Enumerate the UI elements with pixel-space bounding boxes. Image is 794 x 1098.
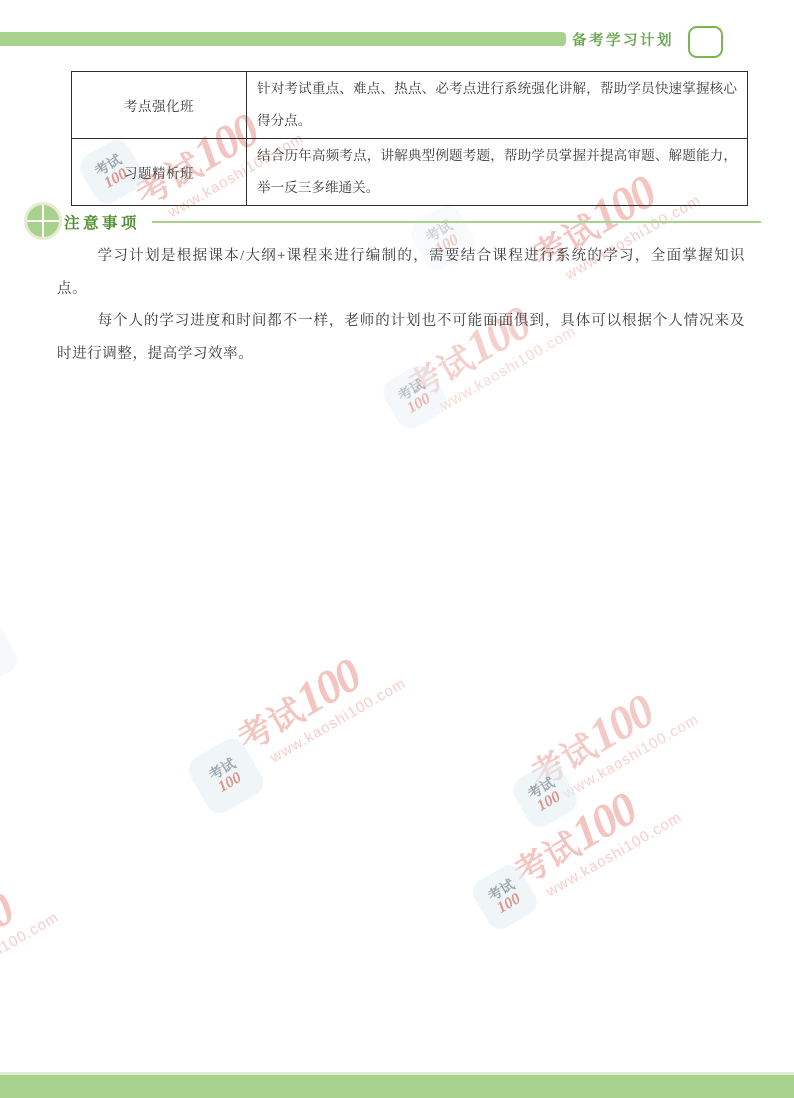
section-heading: 注意事项 — [64, 211, 140, 233]
watermark-logo: 考试100 — [508, 758, 582, 832]
watermark-logo-num: 100 — [534, 789, 563, 815]
watermark-logo-cn: 考试 — [485, 877, 516, 903]
watermark-logo-cn: 考试 — [395, 377, 426, 403]
watermark-brand-num: 100 — [287, 649, 369, 726]
watermark-brand-num: 100 — [0, 883, 22, 960]
table-row: 考点强化班 针对考试重点、难点、热点、必考点进行系统强化讲解，帮助学员快速掌握核… — [72, 72, 748, 139]
section-bullet-icon — [24, 202, 62, 240]
watermark-url-text: www.kaoshi100.com — [544, 808, 687, 899]
watermark-cluster: 考试100 www.kaoshi100.com — [504, 766, 688, 909]
watermark-logo: 考试100 — [468, 860, 542, 934]
watermark-cluster: 考试100 www.kaoshi100.com — [0, 866, 64, 1009]
watermark-logo-num: 100 — [0, 649, 3, 675]
watermark-url-text: www.kaoshi100.com — [0, 908, 64, 999]
watermark-brand-num: 100 — [563, 783, 645, 860]
watermark-logo: 考试100 — [184, 734, 269, 819]
page-number-badge — [688, 26, 723, 58]
section-divider-line — [152, 221, 761, 223]
course-name-cell: 习题精析班 — [72, 139, 247, 206]
course-description-cell: 结合历年高频考点，讲解典型例题考题，帮助学员掌握并提高审题、解题能力，举一反三多… — [247, 139, 748, 206]
watermark-brand-cn: 考试 — [232, 691, 312, 759]
watermark-cluster: 考试100 www.kaoshi100.com — [228, 632, 412, 775]
watermark-url-text: www.kaoshi100.com — [268, 674, 411, 765]
header-bar — [0, 32, 566, 46]
watermark-brand-text: 考试100 — [521, 668, 696, 796]
watermark-brand-text: 考试100 — [0, 866, 56, 994]
course-table: 考点强化班 针对考试重点、难点、热点、必考点进行系统强化讲解，帮助学员快速掌握核… — [71, 71, 748, 206]
watermark-logo-num: 100 — [404, 391, 433, 417]
watermark-logo-num: 100 — [494, 891, 523, 917]
watermark-brand-text: 考试100 — [504, 766, 679, 894]
watermark-brand-cn: 考试 — [525, 727, 605, 795]
watermark-logo-cn: 考试 — [525, 775, 556, 801]
note-paragraph: 每个人的学习进度和时间都不一样，老师的计划也不可能面面俱到，具体可以根据个人情况… — [57, 305, 745, 370]
page-title: 备考学习计划 — [572, 29, 674, 50]
watermark-cluster: 考试100 www.kaoshi100.com — [521, 668, 705, 811]
course-name-cell: 考点强化班 — [72, 72, 247, 139]
course-description-cell: 针对考试重点、难点、热点、必考点进行系统强化讲解，帮助学员快速掌握核心得分点。 — [247, 72, 748, 139]
watermark-brand-cn: 考试 — [508, 825, 588, 893]
watermark-logo-num: 100 — [215, 770, 244, 796]
watermark-url-text: www.kaoshi100.com — [561, 710, 704, 801]
footer-bar — [0, 1072, 794, 1098]
watermark-brand-text: 考试100 — [228, 632, 403, 760]
watermark-logo: 考试100 — [0, 618, 22, 692]
watermark-logo: 考试100 — [378, 360, 452, 434]
watermark-brand-num: 100 — [580, 685, 662, 762]
document-page: 考试100 www.kaoshi100.com 考试100 www.kaoshi… — [0, 0, 794, 1098]
watermark-logo-cn: 考试 — [206, 756, 237, 782]
note-paragraph: 学习计划是根据课本/大纲+课程来进行编制的，需要结合课程进行系统的学习，全面掌握… — [57, 240, 745, 305]
table-row: 习题精析班 结合历年高频考点，讲解典型例题考题，帮助学员掌握并提高审题、解题能力… — [72, 139, 748, 206]
notes-body: 学习计划是根据课本/大纲+课程来进行编制的，需要结合课程进行系统的学习，全面掌握… — [57, 240, 745, 370]
